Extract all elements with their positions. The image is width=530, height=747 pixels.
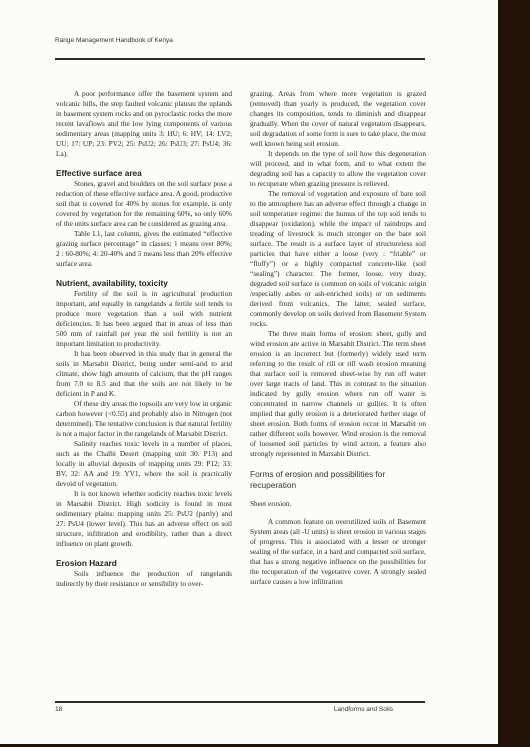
paragraph: Of these dry areas the topsoils are very… [56, 399, 232, 439]
chapter-title: Landforms and Soils [334, 706, 393, 713]
running-header: Range Management Handbook of Kenya [55, 37, 173, 44]
page-number: 18 [55, 706, 62, 713]
section-heading-nutrient: Nutrient, availability, toxicity [56, 278, 232, 288]
subsection-heading-forms-of-erosion: Forms of erosion and possibilities for r… [250, 469, 426, 491]
right-column: grazing. Areas from where more vegetatio… [250, 89, 426, 587]
footer-rule [55, 701, 425, 703]
paragraph: Salinity reaches toxic levels in a numbe… [56, 439, 232, 489]
scan-edge-right [498, 0, 530, 747]
paragraph: Table I.1, last column, gives the estima… [56, 229, 232, 269]
paragraph: Soils influence the production of rangel… [56, 569, 232, 589]
paragraph: The three main forms of erosion: sheet, … [250, 329, 426, 459]
paragraph: It depends on the type of soil how this … [250, 149, 426, 189]
paragraph: The removal of vegetation and exposure o… [250, 189, 426, 329]
paragraph: Stones, gravel and boulders on the soil … [56, 179, 232, 229]
section-heading-effective-surface-area: Effective surface area [56, 168, 232, 178]
paragraph: A common feature on overutilized soils o… [250, 517, 426, 587]
paragraph: grazing. Areas from where more vegetatio… [250, 89, 426, 149]
header-rule [55, 58, 425, 60]
sub-heading-sheet-erosion: Sheet erosion. [250, 499, 426, 509]
left-column: A poor performance offer the basement sy… [56, 89, 232, 589]
document-page: Range Management Handbook of Kenya A poo… [0, 0, 498, 745]
paragraph: A poor performance offer the basement sy… [56, 89, 232, 159]
section-heading-erosion-hazard: Erosion Hazard [56, 558, 232, 568]
paragraph: It has been observed in this study that … [56, 349, 232, 399]
paragraph: It is not known whether sodicity reaches… [56, 489, 232, 549]
paragraph: Fertility of the soil is in agricultural… [56, 289, 232, 349]
